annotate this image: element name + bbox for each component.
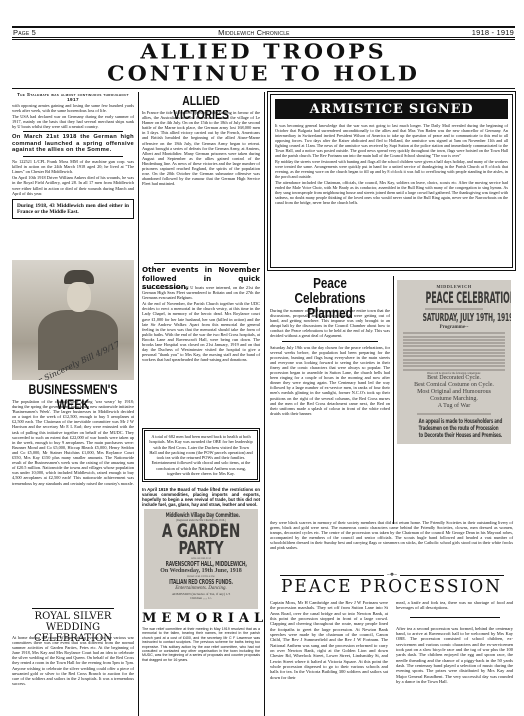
poster-prize-3: Most Original and Humourous: [397, 389, 511, 396]
divider: [32, 608, 114, 609]
armistice-para-2: By midday the streets were festooned wit…: [275, 159, 508, 179]
main-headline-line2: CONTINUE TO HOLD: [12, 64, 515, 84]
soldier-portrait-photo: Your Sincerely Bill 4/9/17: [12, 260, 134, 380]
procession-body-1: Captain Moss, Mr H Cambridge and the Rev…: [270, 600, 388, 680]
november-article: on the 14th November all U boats were in…: [142, 285, 260, 363]
poster-fund: ITALIAN RED CROSS FUNDS.: [166, 578, 237, 586]
divider: [410, 617, 500, 618]
silver-wedding-body: At home during the round of fund raising…: [12, 635, 134, 686]
allied-victories-article: In France the tide of conflict appeared …: [142, 110, 260, 187]
garden-party-poster: Middlewich Village Day Committee. (Regis…: [144, 509, 258, 609]
somme-subhead: On March 21st 1918 the German high comma…: [12, 134, 134, 154]
poster-prize-1: Best Decorated Cycle.: [397, 375, 511, 382]
poster-prize-4: Costume Marching.: [397, 396, 511, 403]
poster-title-2: PARTY: [160, 540, 242, 557]
main-headline-line1: ALLIED TROOPS: [12, 42, 515, 62]
stalemate-para-1: with opposing armies gaining and losing …: [12, 103, 134, 113]
poster-prize-2: Best Comical Costume on Cycle.: [397, 382, 511, 389]
stalemate-article: The Stalemate was almost continuous thro…: [12, 92, 134, 219]
peace-planned-continued: they were black scarves in memory of the…: [270, 520, 513, 552]
november-para-1: on the 14th November all U boats were in…: [142, 285, 260, 300]
poster-date: On Wednesday, 19th June, 1918: [144, 568, 258, 575]
stalemate-para-4: On April 10th 1918 Driver William Ankers…: [12, 175, 134, 195]
memorial-body: The war relief committee at their meetin…: [142, 627, 260, 662]
casualties-box: During 1918, 43 Middlewich men died eith…: [12, 199, 134, 219]
businessmen-body: The population of the country were getti…: [12, 399, 134, 486]
hospitals-box: A total of 682 men had been nursed back …: [144, 430, 258, 480]
poster-peace-date: SATURDAY, JULY 19TH, 1919.: [423, 312, 486, 324]
column-rule: [264, 92, 265, 716]
armistice-article: ARMISTICE SIGNED It was becoming general…: [270, 94, 513, 268]
allied-victories-body: In France the tide of conflict appeared …: [142, 110, 260, 186]
poster-venue: RAVENSCROFT HALL, MIDDLEWICH,: [166, 560, 237, 568]
board-of-trade-article: In April 1919 the Board of Trade lifted …: [142, 487, 260, 508]
soldier-figure: [30, 270, 92, 340]
page-number: Page 5: [13, 28, 36, 37]
peace-planned-para-1: During the summer of 1919 it was obvious…: [270, 308, 390, 339]
divider: [154, 263, 248, 264]
armistice-para-1: It was becoming general knowledge that t…: [275, 123, 508, 158]
procession-col-2: meal, a knife and fork tea, there was no…: [396, 600, 513, 685]
divider: [23, 156, 123, 157]
memorial-article: The war relief committee at their meetin…: [142, 627, 260, 663]
procession-body-2b: After tea a second procession was formed…: [396, 626, 513, 685]
newspaper-page: Page 5 Middlewich Chronicle 1918 - 1919 …: [12, 26, 515, 716]
poster-header: Middlewich Village Day Committee.: [166, 511, 237, 519]
memorial-title: MEMORIAL: [142, 611, 260, 626]
procession-col-1: Captain Moss, Mr H Cambridge and the Rev…: [270, 600, 388, 681]
peace-planned-article: During the summer of 1919 it was obvious…: [270, 308, 390, 417]
stalemate-para-3: No 122521 L/CPL Frank Moss MM of the mac…: [12, 159, 134, 174]
november-para-2: At the end of November, the Parish Churc…: [142, 301, 260, 362]
peace-procession-title: PEACE PROCESSION: [270, 577, 513, 598]
armistice-title: ARMISTICE SIGNED: [275, 99, 508, 119]
poster-peace-title: PEACE CELEBRATIONS.: [426, 289, 483, 306]
peace-planned-para-2: Saturday July 19th was the day chosen fo…: [270, 345, 390, 416]
divider: [282, 341, 378, 342]
procession-body-2a: meal, a knife and fork tea, there was no…: [396, 600, 513, 611]
poster-children: Children ,, ,, 1/-: [144, 596, 258, 600]
publication-years: 1918 - 1919: [472, 28, 514, 37]
peace-planned-para-3: they were black scarves in memory of the…: [270, 520, 513, 551]
stalemate-para-2: The USA had declared war on Germany duri…: [12, 114, 134, 129]
peace-celebrations-poster: MIDDLEWICH PEACE CELEBRATIONS. SATURDAY,…: [397, 280, 511, 444]
stalemate-kicker: The Stalemate was almost continuous thro…: [12, 92, 134, 103]
poster-appeal-3: to Decorate their Houses and Premises.: [419, 432, 490, 439]
businessmen-article: The population of the country were getti…: [12, 399, 134, 487]
poster-tug-of-war: A Tug of War: [397, 403, 511, 410]
silver-wedding-article: At home during the round of fund raising…: [12, 635, 134, 687]
headline-rule: [12, 88, 515, 89]
peace-title-line1: Peace Celebrations: [282, 276, 379, 306]
armistice-para-3: The attendance included the Chairman, of…: [275, 180, 508, 205]
poster-programme: Programme--: [397, 324, 511, 331]
divider: [23, 131, 123, 132]
column-rule: [138, 92, 139, 716]
masthead: Page 5 Middlewich Chronicle 1918 - 1919: [12, 26, 515, 38]
publication-name: Middlewich Chronicle: [218, 28, 290, 37]
board-of-trade-body: In April 1919 the Board of Trade lifted …: [142, 487, 260, 507]
column-rule: [393, 276, 394, 524]
